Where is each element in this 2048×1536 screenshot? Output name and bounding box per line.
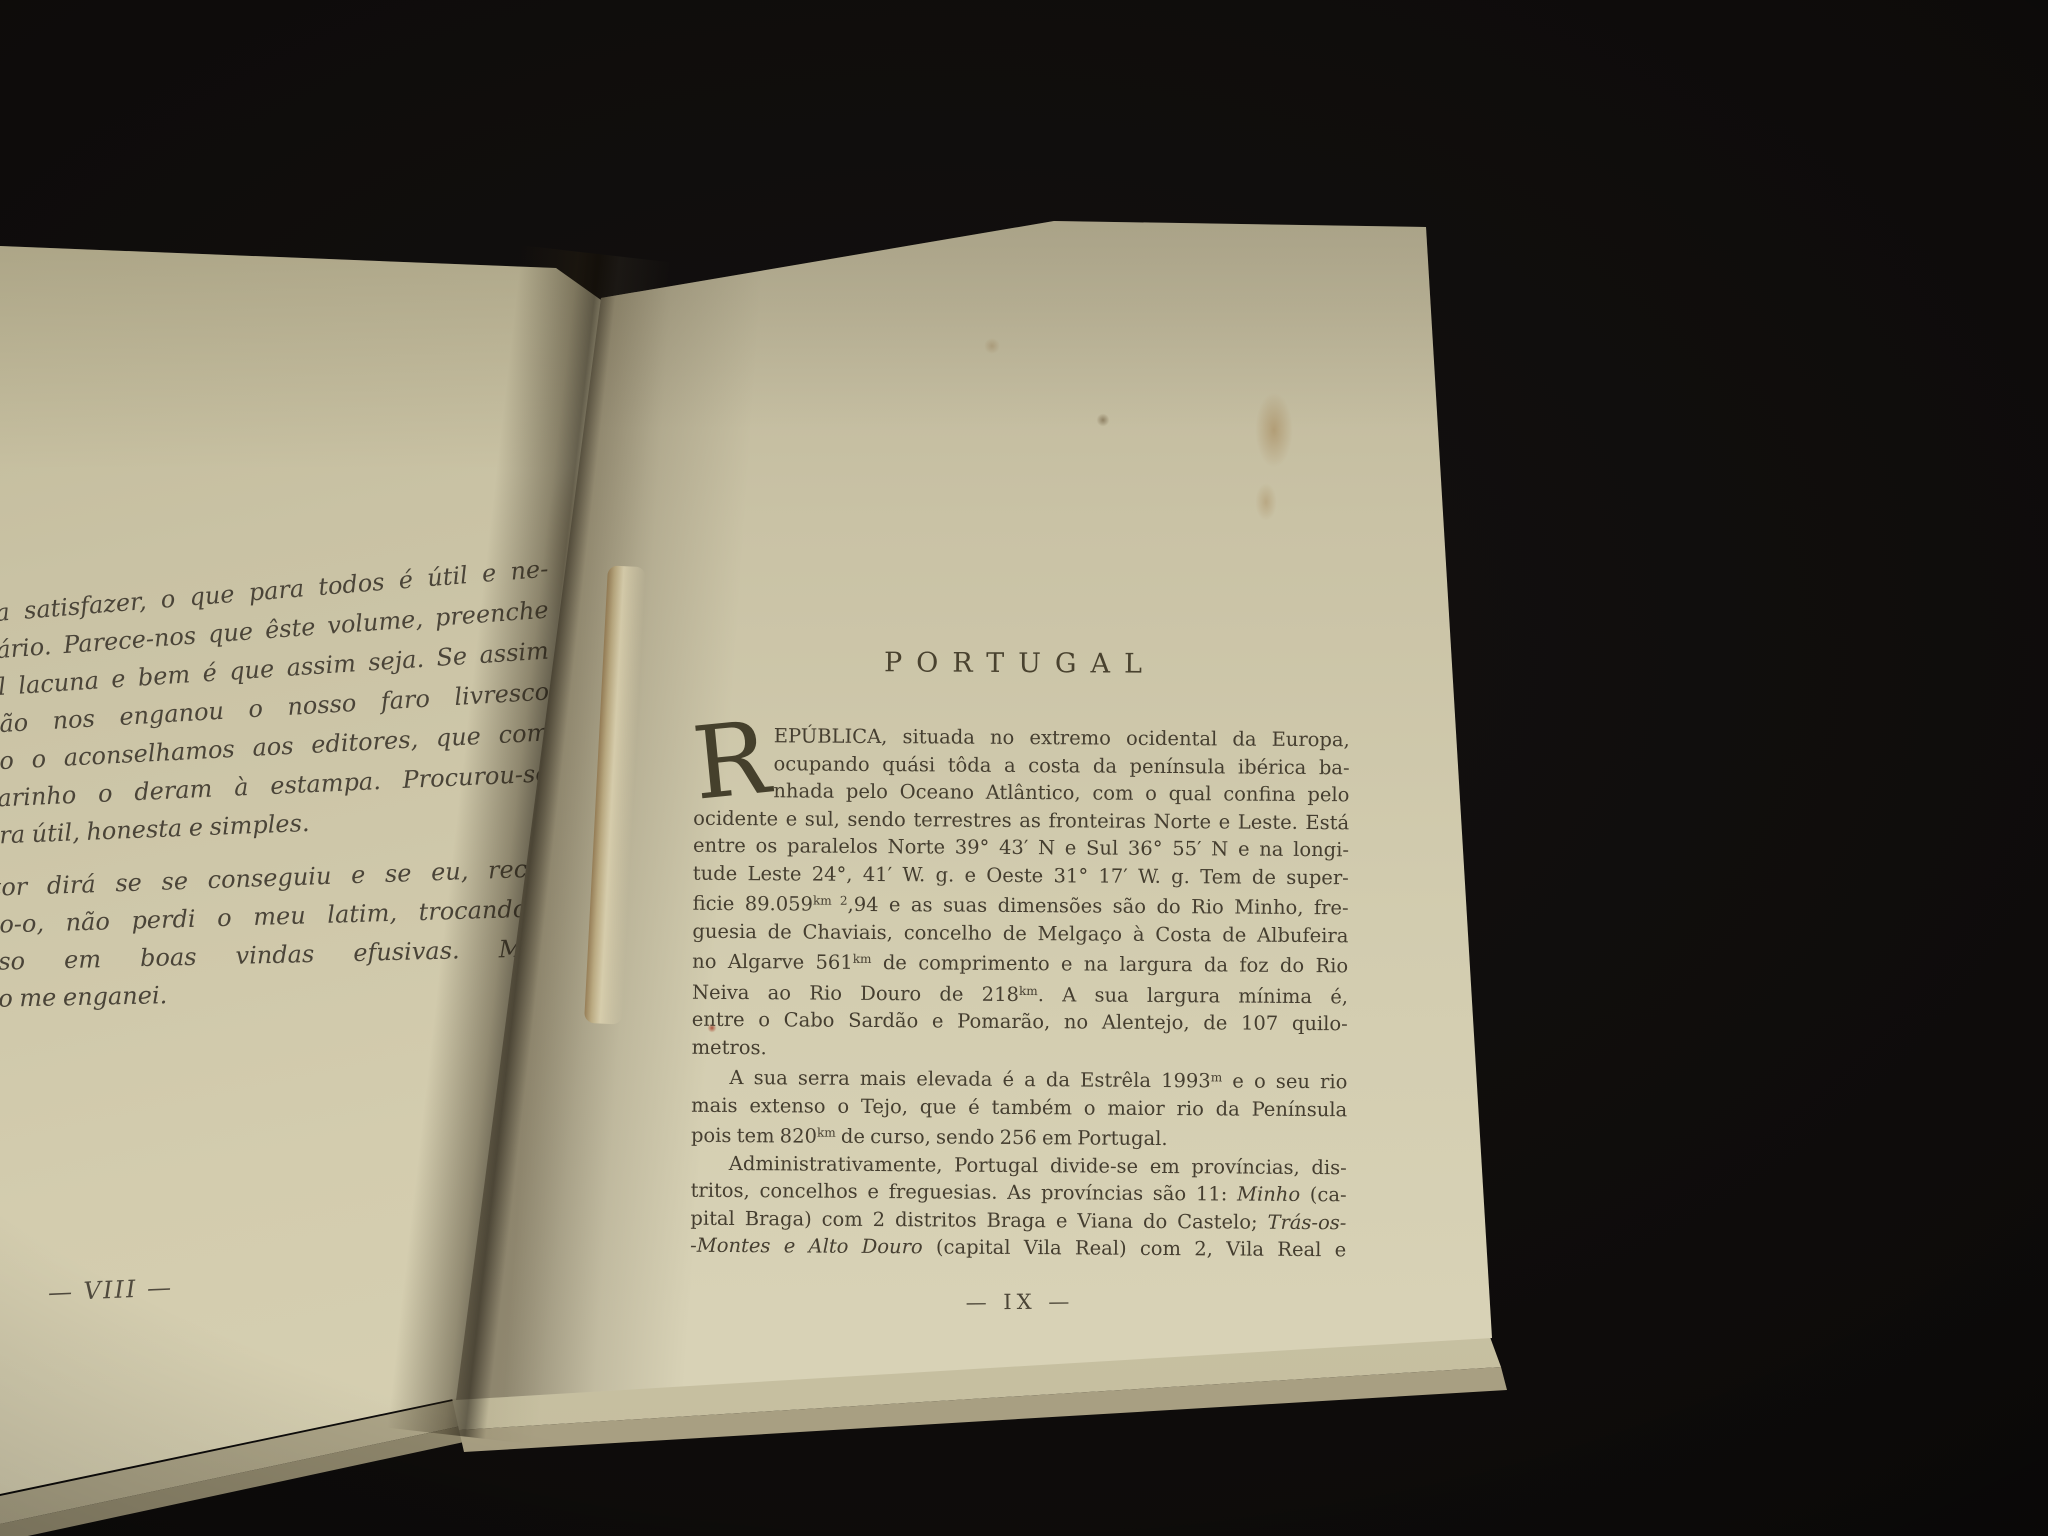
book-photo: { "photo": { "background_color": "#0d0b0…	[0, 0, 2048, 1536]
text-line: A sua serra mais elevada é a da Estrêla …	[691, 1061, 1347, 1096]
paragraph-3: Administrativamente, Portugal divide-se …	[690, 1149, 1347, 1264]
paragraph-2: A sua serra mais elevada é a da Estrêla …	[691, 1061, 1348, 1154]
gutter-tear	[584, 565, 646, 1024]
text-line: entre o Cabo Sardão e Pomarão, no Alente…	[692, 1006, 1348, 1038]
text-line: no Algarve 561km de comprimento e na lar…	[692, 945, 1348, 980]
text-line: ficie 89.059km 2,94 e as suas dimensões …	[693, 887, 1349, 922]
drop-cap-initial: R	[690, 718, 778, 807]
left-page-number: — VIII —	[47, 1273, 173, 1306]
text-line: EPÚBLICA, situada no extremo ocidental d…	[694, 722, 1350, 754]
right-page-text: R EPÚBLICA, situada no extremo ocidental…	[690, 722, 1350, 1264]
text-line: tritos, concelhos e freguesias. As proví…	[691, 1177, 1347, 1209]
text-line: pois tem 820km de curso, sendo 256 em Po…	[691, 1119, 1347, 1154]
text-line: -Montes e Alto Douro (capital Vila Real)…	[690, 1232, 1346, 1264]
text-line: Neiva ao Rio Douro de 218km. A sua largu…	[692, 975, 1348, 1010]
text-line: entre os paralelos Norte 39° 43′ N e Sul…	[693, 832, 1349, 864]
text-line: nhada pelo Oceano Atlântico, com o qual …	[693, 777, 1349, 809]
paragraph-1: EPÚBLICA, situada no extremo ocidental d…	[692, 722, 1350, 1066]
left-page-text: ra satisfazer, o que para todos é útil e…	[0, 596, 550, 1018]
chapter-title: PORTUGAL	[692, 646, 1348, 680]
right-page-number: — IX —	[692, 1287, 1348, 1317]
